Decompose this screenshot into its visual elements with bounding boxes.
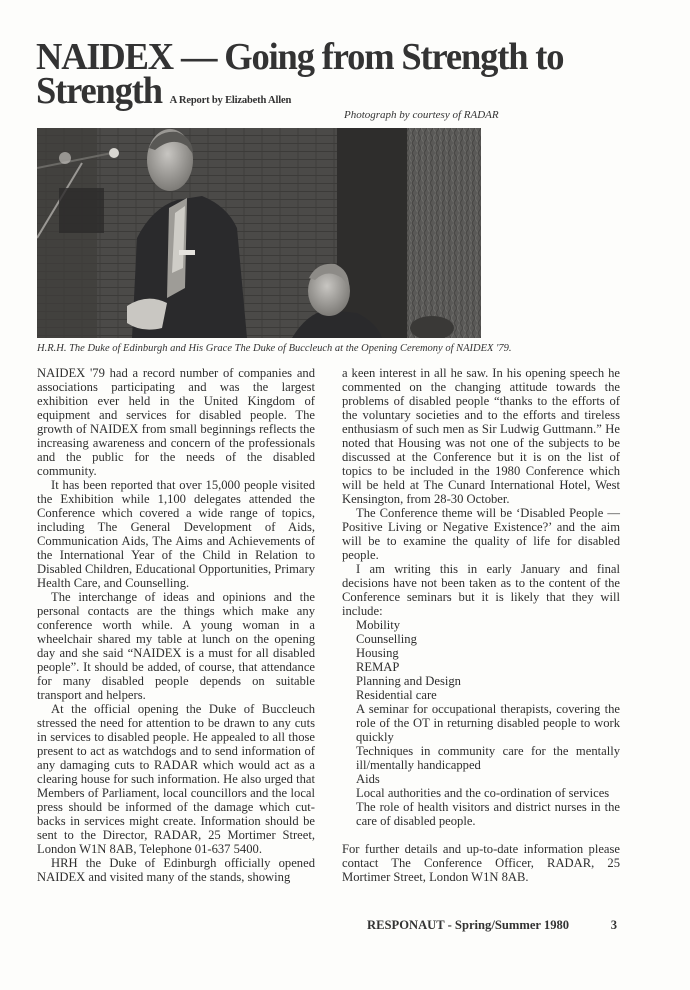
article-title-line-2: StrengthA Report by Elizabeth Allen (36, 72, 291, 119)
contact-paragraph: For further details and up-to-date infor… (342, 842, 620, 884)
list-item: A seminar for occupational therapists, c… (356, 702, 620, 744)
opening-ceremony-photo (37, 128, 481, 338)
paragraph: It has been reported that over 15,000 pe… (37, 478, 315, 590)
list-item: The role of health visitors and district… (356, 800, 620, 828)
paragraph: At the official opening the Duke of Bucc… (37, 702, 315, 856)
page-number: 3 (611, 918, 617, 933)
list-item: Local authorities and the co-ordination … (356, 786, 620, 800)
paragraph: a keen interest in all he saw. In his op… (342, 366, 620, 506)
right-column: a keen interest in all he saw. In his op… (342, 366, 620, 884)
paragraph: I am writing this in early January and f… (342, 562, 620, 618)
paragraph: The interchange of ideas and opinions an… (37, 590, 315, 702)
photo-credit: Photograph by courtesy of RADAR (344, 109, 499, 121)
paragraph: NAIDEX '79 had a record number of compan… (37, 366, 315, 478)
byline: A Report by Elizabeth Allen (170, 94, 292, 106)
list-item: Housing (356, 646, 620, 660)
list-item: REMAP (356, 660, 620, 674)
paragraph: The Conference theme will be ‘Disabled P… (342, 506, 620, 562)
publication-name: RESPONAUT - Spring/Summer 1980 (367, 918, 569, 933)
seminar-topics-list: Mobility Counselling Housing REMAP Plann… (342, 618, 620, 828)
list-item: Planning and Design (356, 674, 620, 688)
list-item: Techniques in community care for the men… (356, 744, 620, 772)
photo-illustration (37, 128, 481, 338)
list-item: Aids (356, 772, 620, 786)
photo-caption: H.R.H. The Duke of Edinburgh and His Gra… (37, 343, 511, 354)
left-column: NAIDEX '79 had a record number of compan… (37, 366, 315, 884)
title-word: Strength (36, 70, 162, 112)
list-item: Mobility (356, 618, 620, 632)
paragraph: HRH the Duke of Edinburgh officially ope… (37, 856, 315, 884)
list-item: Residential care (356, 688, 620, 702)
list-item: Counselling (356, 632, 620, 646)
page-footer: RESPONAUT - Spring/Summer 1980 3 (367, 918, 617, 933)
